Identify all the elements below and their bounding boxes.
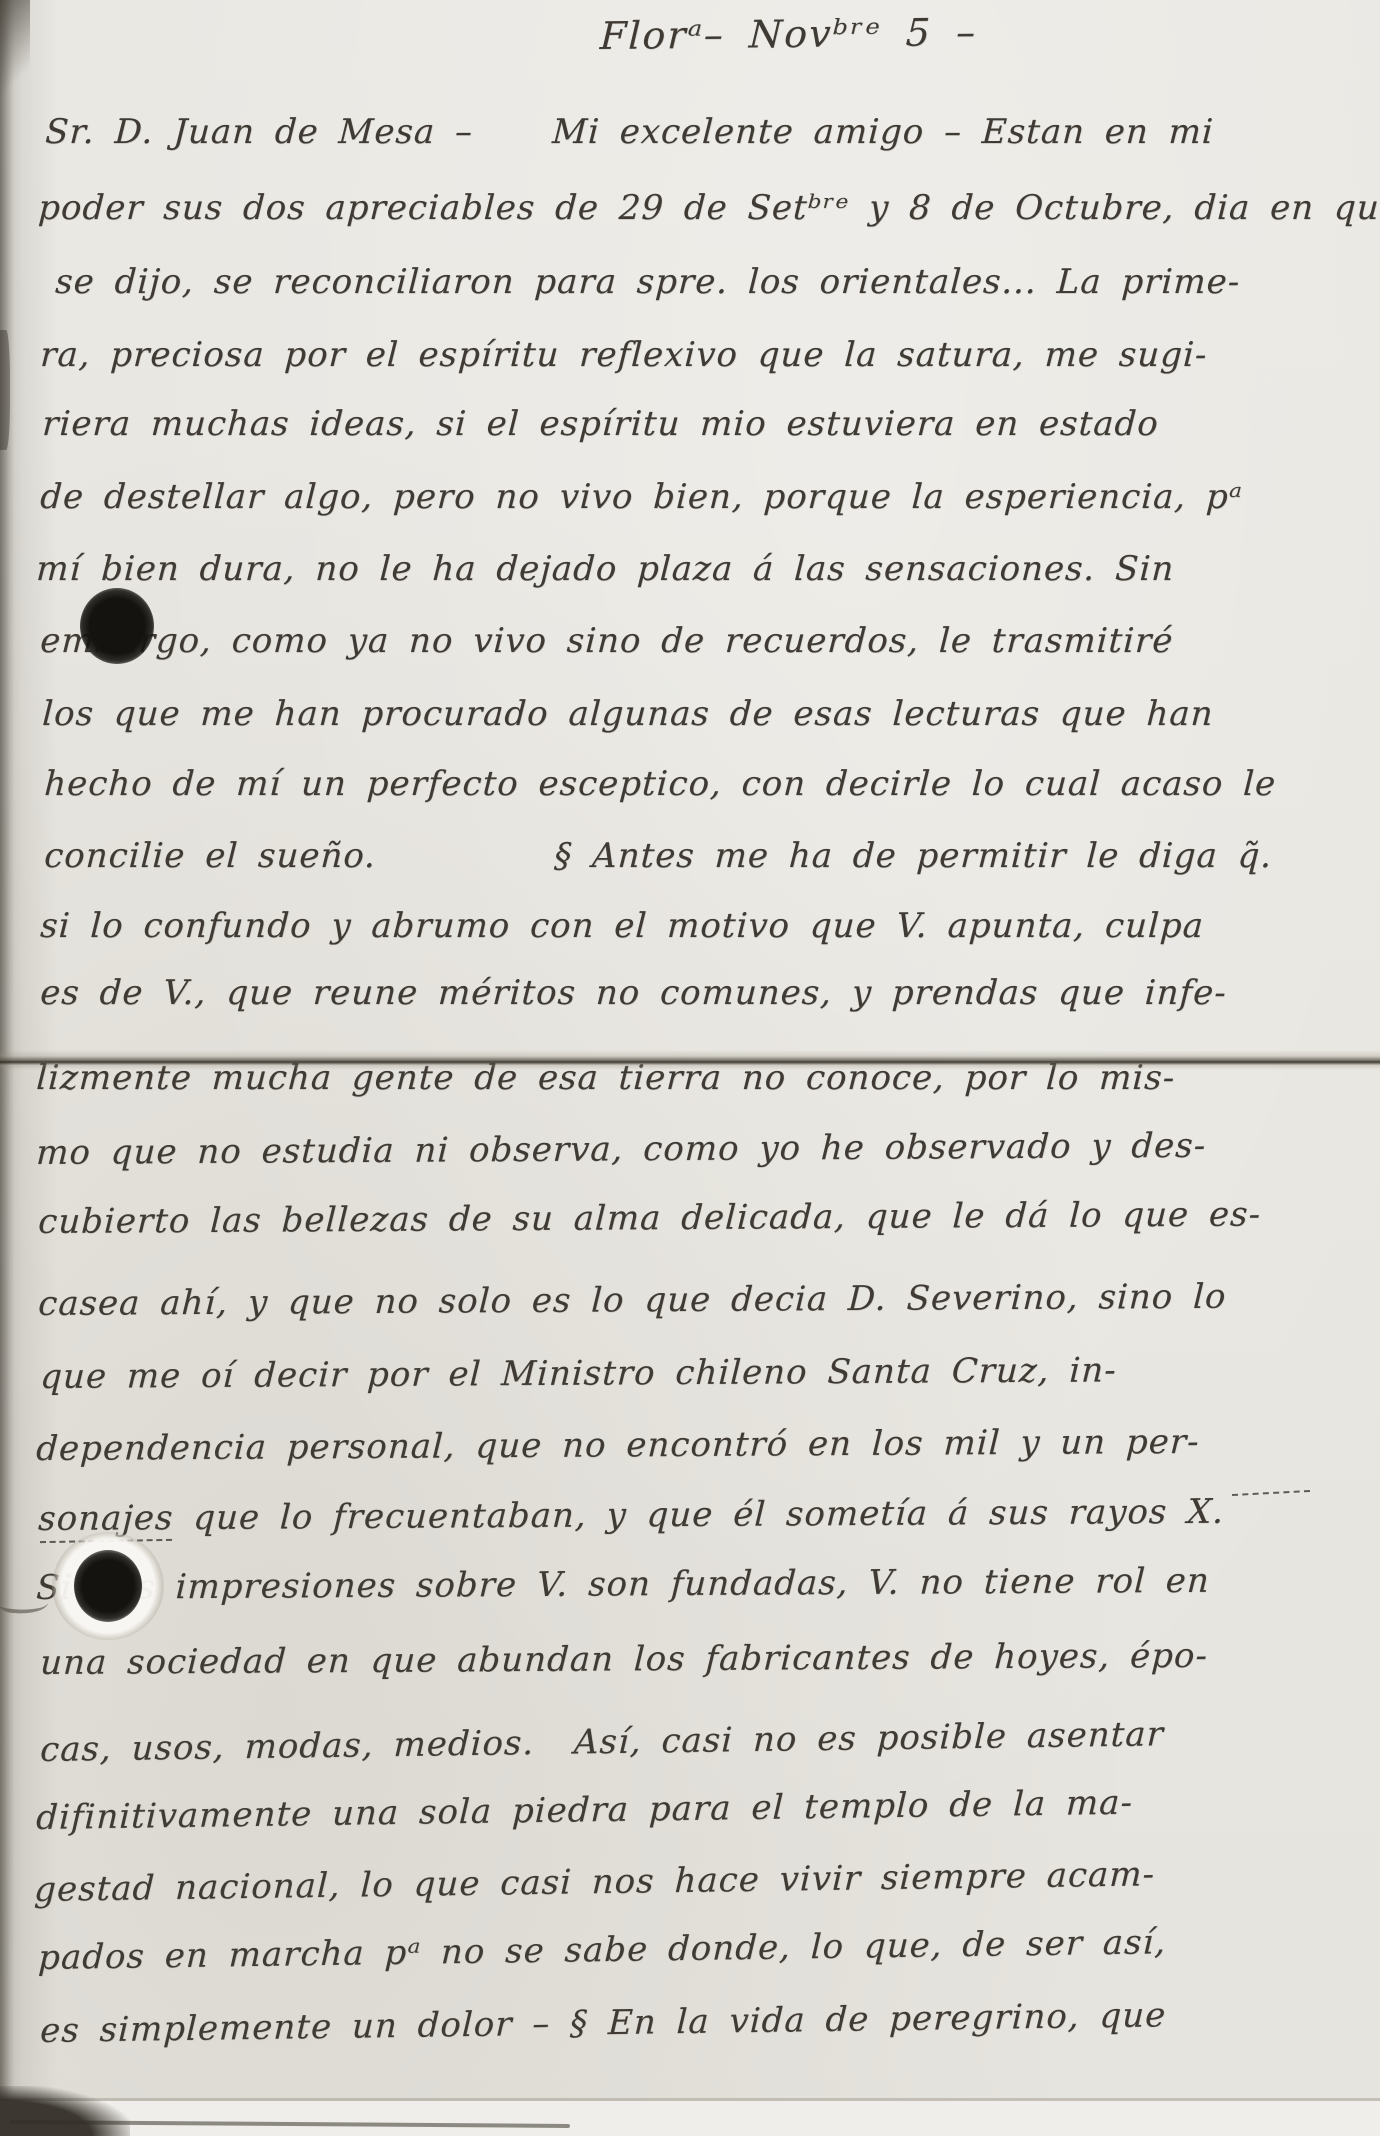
handwritten-line: concilie el sueño. § Antes me ha de perm…: [43, 836, 1274, 888]
handwritten-line: casea ahí, y que no solo es lo que decia…: [37, 1277, 1228, 1336]
handwritten-line: es simplemente un dolor – § En la vida d…: [39, 1995, 1167, 2063]
handwritten-line: Si mis impresiones sobre V. son fundadas…: [35, 1561, 1211, 1620]
handwritten-line: cas, usos, modas, medios. Así, casi no e…: [39, 1714, 1165, 1782]
handwritten-line: difinitivamente una sola piedra para el …: [35, 1783, 1134, 1850]
scan-bottom-left-corner: [0, 2086, 130, 2136]
handwritten-line: Sr. D. Juan de Mesa – Mi excelente amigo…: [44, 112, 1215, 164]
handwritten-line: dependencia personal, que no encontró en…: [35, 1422, 1201, 1481]
hole-punch-bottom: [74, 1550, 142, 1622]
handwritten-line: es de V., que reune méritos no comunes, …: [39, 973, 1228, 1025]
handwritten-line: de destellar algo, pero no vivo bien, po…: [39, 477, 1244, 529]
scan-edge-blotch: [0, 330, 10, 450]
handwritten-line: cubierto las bellezas de su alma delicad…: [37, 1195, 1262, 1254]
underline-per: [1232, 1490, 1310, 1496]
handwritten-line: pados en marcha pᵃ no se sabe donde, lo …: [37, 1922, 1167, 1990]
handwritten-line: mo que no estudia ni observa, como yo he…: [35, 1126, 1207, 1185]
handwritten-line: ra, preciosa por el espíritu reflexivo q…: [39, 335, 1209, 387]
handwritten-line: embargo, como ya no vivo sino de recuerd…: [39, 621, 1175, 673]
handwritten-line: hecho de mí un perfecto esceptico, con d…: [43, 764, 1278, 816]
hole-punch-top: [80, 588, 154, 664]
date-line: Florᵃ– Novᵇʳᵉ 5 –: [599, 10, 978, 58]
handwritten-line: que me oí decir por el Ministro chileno …: [39, 1350, 1118, 1409]
handwritten-line: gestad nacional, lo que casi nos hace vi…: [33, 1854, 1156, 1922]
handwritten-line: si lo confundo y abrumo con el motivo qu…: [39, 906, 1205, 958]
handwritten-line: se dijo, se reconciliaron para spre. los…: [54, 262, 1242, 314]
handwritten-line: mí bien dura, no le ha dejado plaza á la…: [35, 549, 1176, 601]
page-bottom-band: [0, 2098, 1380, 2136]
handwritten-line: una sociedad en que abundan los fabrican…: [39, 1636, 1209, 1695]
handwritten-line: los que me han procurado algunas de esas…: [41, 694, 1215, 746]
handwritten-line: riera muchas ideas, si el espíritu mio e…: [41, 404, 1160, 456]
letter-page: Florᵃ– Novᵇʳᵉ 5 – Sr. D. Juan de Mesa – …: [0, 0, 1380, 2136]
handwritten-line: poder sus dos apreciables de 29 de Setᵇʳ…: [37, 188, 1380, 240]
handwritten-line: sonajes que lo frecuentaban, y que él so…: [37, 1492, 1225, 1551]
fold-crease: [0, 1050, 1380, 1070]
